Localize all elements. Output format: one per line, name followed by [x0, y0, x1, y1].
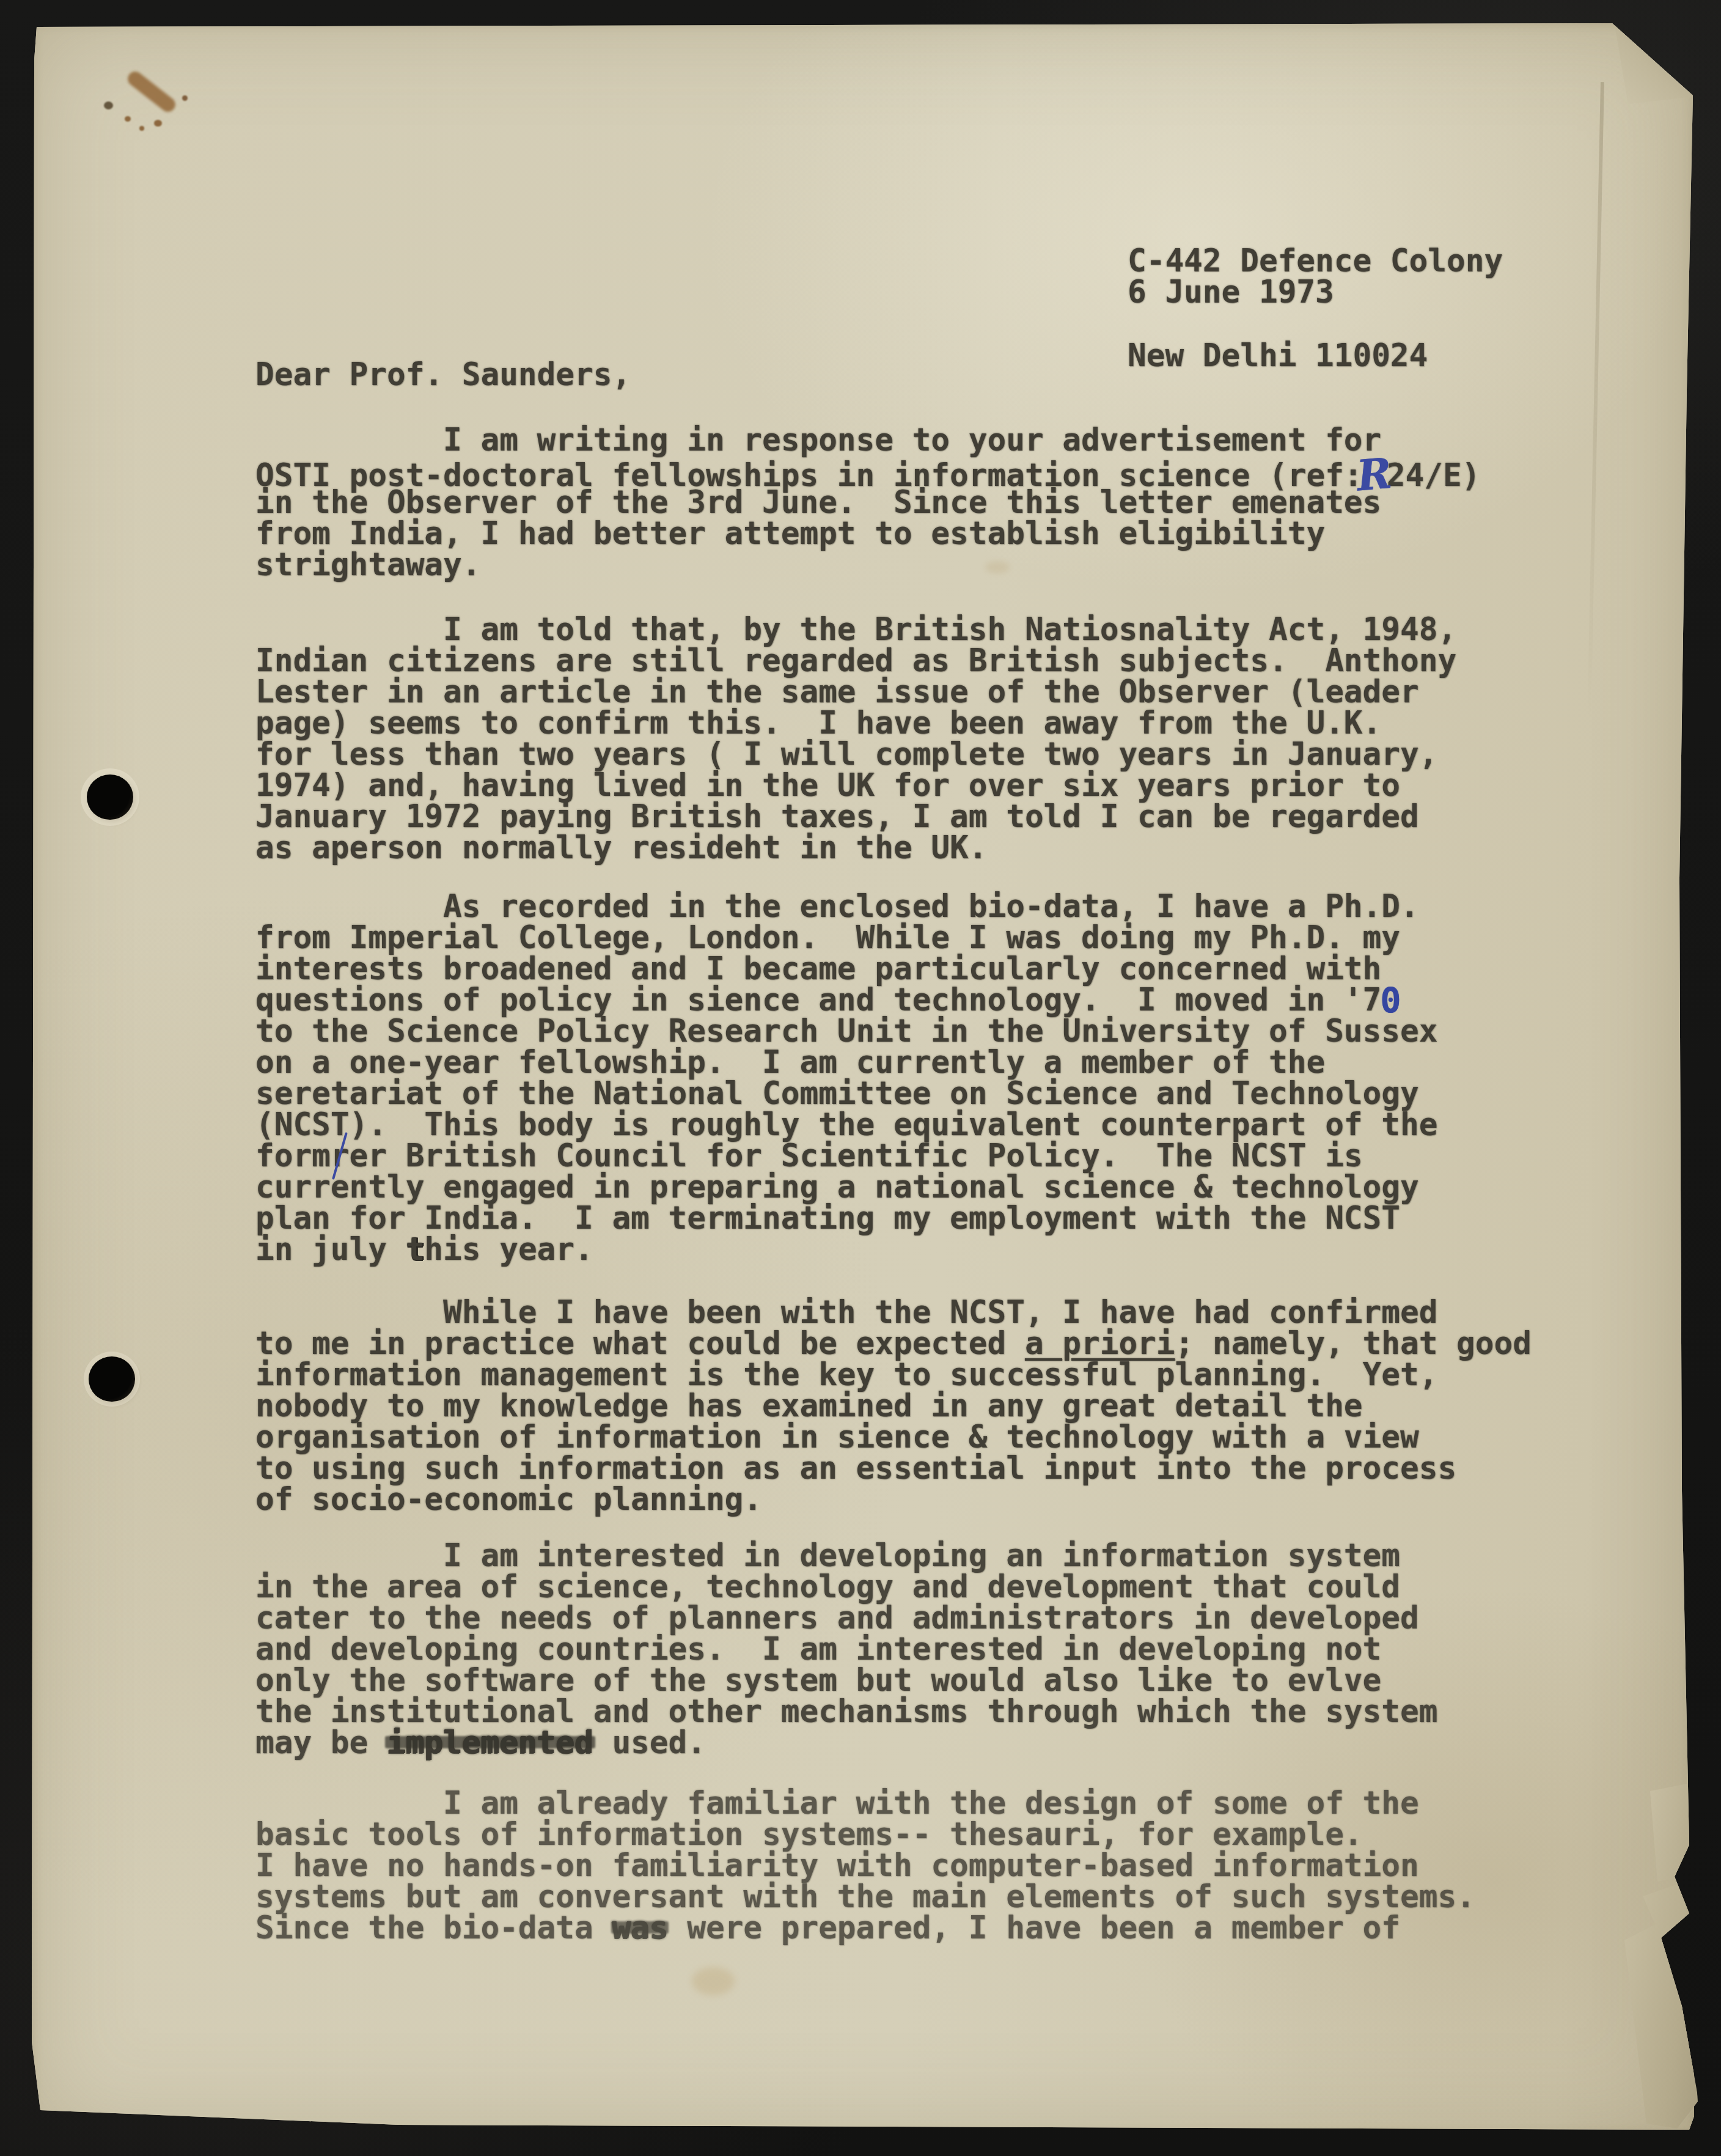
typed-line: to using such information as an essentia…	[255, 1453, 1532, 1484]
typed-line: I have no hands-on familiarity with comp…	[255, 1850, 1475, 1882]
typed-line: in the area of science, technology and d…	[255, 1572, 1437, 1603]
typed-text: I am writing in response to your adverti…	[255, 422, 1381, 458]
typed-text: were prepared, I have been a member of	[669, 1910, 1400, 1946]
paragraph-4: While I have been with the NCST, I have …	[255, 1297, 1532, 1515]
typed-line: January 1972 paying British taxes, I am …	[255, 801, 1456, 833]
typed-line: in july this year.	[255, 1234, 1437, 1265]
overstrike-bold-mark: t	[406, 1232, 425, 1268]
typed-line: to me in practice what could be expected…	[255, 1328, 1532, 1359]
typed-line: on a one-year fellowship. I am currently…	[255, 1047, 1437, 1078]
typed-text: as aperson normally resideht in the UK.	[255, 830, 987, 866]
paragraph-3: As recorded in the enclosed bio-data, I …	[255, 891, 1437, 1265]
paragraph-5: I am interested in developing an informa…	[255, 1540, 1437, 1759]
typed-line: basic tools of information systems-- the…	[255, 1819, 1475, 1850]
paper-crease	[1587, 82, 1604, 724]
rust-stain	[125, 68, 178, 115]
paper-stain	[692, 1967, 735, 1995]
typed-over-mark: was	[612, 1910, 668, 1946]
pen-strike-mark: r	[331, 1138, 350, 1174]
rust-speck	[154, 120, 162, 127]
typed-over-mark: implemented	[387, 1725, 593, 1761]
typed-line: organisation of information in sience & …	[255, 1422, 1532, 1453]
punch-hole-top	[87, 774, 133, 820]
typed-line: nobody to my knowledge has examined in a…	[255, 1391, 1532, 1422]
typed-line: I am told that, by the British Natiosnal…	[255, 614, 1456, 646]
typed-line: may be implemented used.	[255, 1727, 1437, 1759]
typed-line: questions of policy in sience and techno…	[255, 985, 1437, 1016]
typed-line: from India, I had better attempt to esta…	[255, 518, 1480, 550]
rust-speck	[104, 101, 113, 109]
typed-text: may be	[255, 1725, 387, 1761]
punch-hole-bottom	[89, 1356, 135, 1402]
typed-text: used.	[593, 1725, 706, 1761]
typed-line: only the software of the system but woul…	[255, 1665, 1437, 1696]
typed-line: Since the bio-data was were prepared, I …	[255, 1913, 1475, 1944]
typed-line: in the Observer of the 3rd June. Since t…	[255, 487, 1480, 518]
typed-line: Indian citizens are still regarded as Br…	[255, 646, 1456, 677]
pen-zero-mark: 0	[1380, 984, 1401, 1019]
typed-line: Lester in an article in the same issue o…	[255, 677, 1456, 708]
paragraph-6: I am already familiar with the design of…	[255, 1788, 1475, 1944]
typed-line: from Imperial College, London. While I w…	[255, 922, 1437, 954]
typed-line: I am already familiar with the design of…	[255, 1788, 1475, 1819]
typed-line: as aperson normally resideht in the UK.	[255, 833, 1456, 864]
rust-speck	[182, 95, 188, 101]
typed-line: systems but am conversant with the main …	[255, 1882, 1475, 1913]
sender-address-line: New Delhi 110024	[1128, 340, 1503, 373]
typed-text: strightaway.	[255, 547, 480, 583]
typed-text: his year.	[424, 1232, 593, 1268]
sender-address-line: C-442 Defence Colony	[1128, 246, 1503, 278]
salutation: Dear Prof. Saunders,	[255, 359, 631, 391]
rust-speck	[139, 126, 144, 131]
typed-line: 1974) and, having lived in the UK for ov…	[255, 770, 1456, 801]
typed-line: formrer British Council for Scientific P…	[255, 1141, 1437, 1172]
typed-line: plan for India. I am terminating my empl…	[255, 1203, 1437, 1234]
typed-line: I am writing in response to your adverti…	[255, 425, 1480, 456]
typed-line: As recorded in the enclosed bio-data, I …	[255, 891, 1437, 922]
typed-line: to the Science Policy Research Unit in t…	[255, 1016, 1437, 1047]
typed-line: I am interested in developing an informa…	[255, 1540, 1437, 1572]
letter-paper: C-442 Defence Colony New Delhi 110024 6 …	[32, 23, 1694, 2135]
typed-line: for less than two years ( I will complet…	[255, 739, 1456, 770]
typed-line: page) seems to confirm this. I have been…	[255, 708, 1456, 739]
typed-text: in july	[255, 1232, 406, 1268]
typed-line: and developing countries. I am intereste…	[255, 1634, 1437, 1665]
typed-line: strightaway.	[255, 550, 1480, 581]
typed-text: 24/E)	[1387, 458, 1481, 494]
typed-line: interests broadened and I became particu…	[255, 954, 1437, 985]
typed-line: information management is the key to suc…	[255, 1359, 1532, 1391]
typed-text: of socio-economic planning.	[255, 1482, 762, 1518]
paragraph-1: I am writing in response to your adverti…	[255, 425, 1480, 581]
typed-line: OSTI post-doctoral fellowships in inform…	[255, 456, 1480, 487]
pen-ink-mark: R	[1355, 458, 1392, 492]
typed-text: Since the bio-data	[255, 1910, 612, 1946]
paragraph-2: I am told that, by the British Natiosnal…	[255, 614, 1456, 864]
typed-line: of socio-economic planning.	[255, 1484, 1532, 1515]
rust-speck	[125, 116, 131, 122]
typed-line: the institutional and other mechanisms t…	[255, 1696, 1437, 1727]
typed-line: cater to the needs of planners and admin…	[255, 1603, 1437, 1634]
typed-line: (NCST). This body is roughly the equival…	[255, 1109, 1437, 1141]
typed-line: seretariat of the National Committee on …	[255, 1078, 1437, 1109]
typed-line: While I have been with the NCST, I have …	[255, 1297, 1532, 1328]
letter-date: 6 June 1973	[1128, 277, 1334, 308]
typed-line: currently engaged in preparing a nationa…	[255, 1172, 1437, 1203]
